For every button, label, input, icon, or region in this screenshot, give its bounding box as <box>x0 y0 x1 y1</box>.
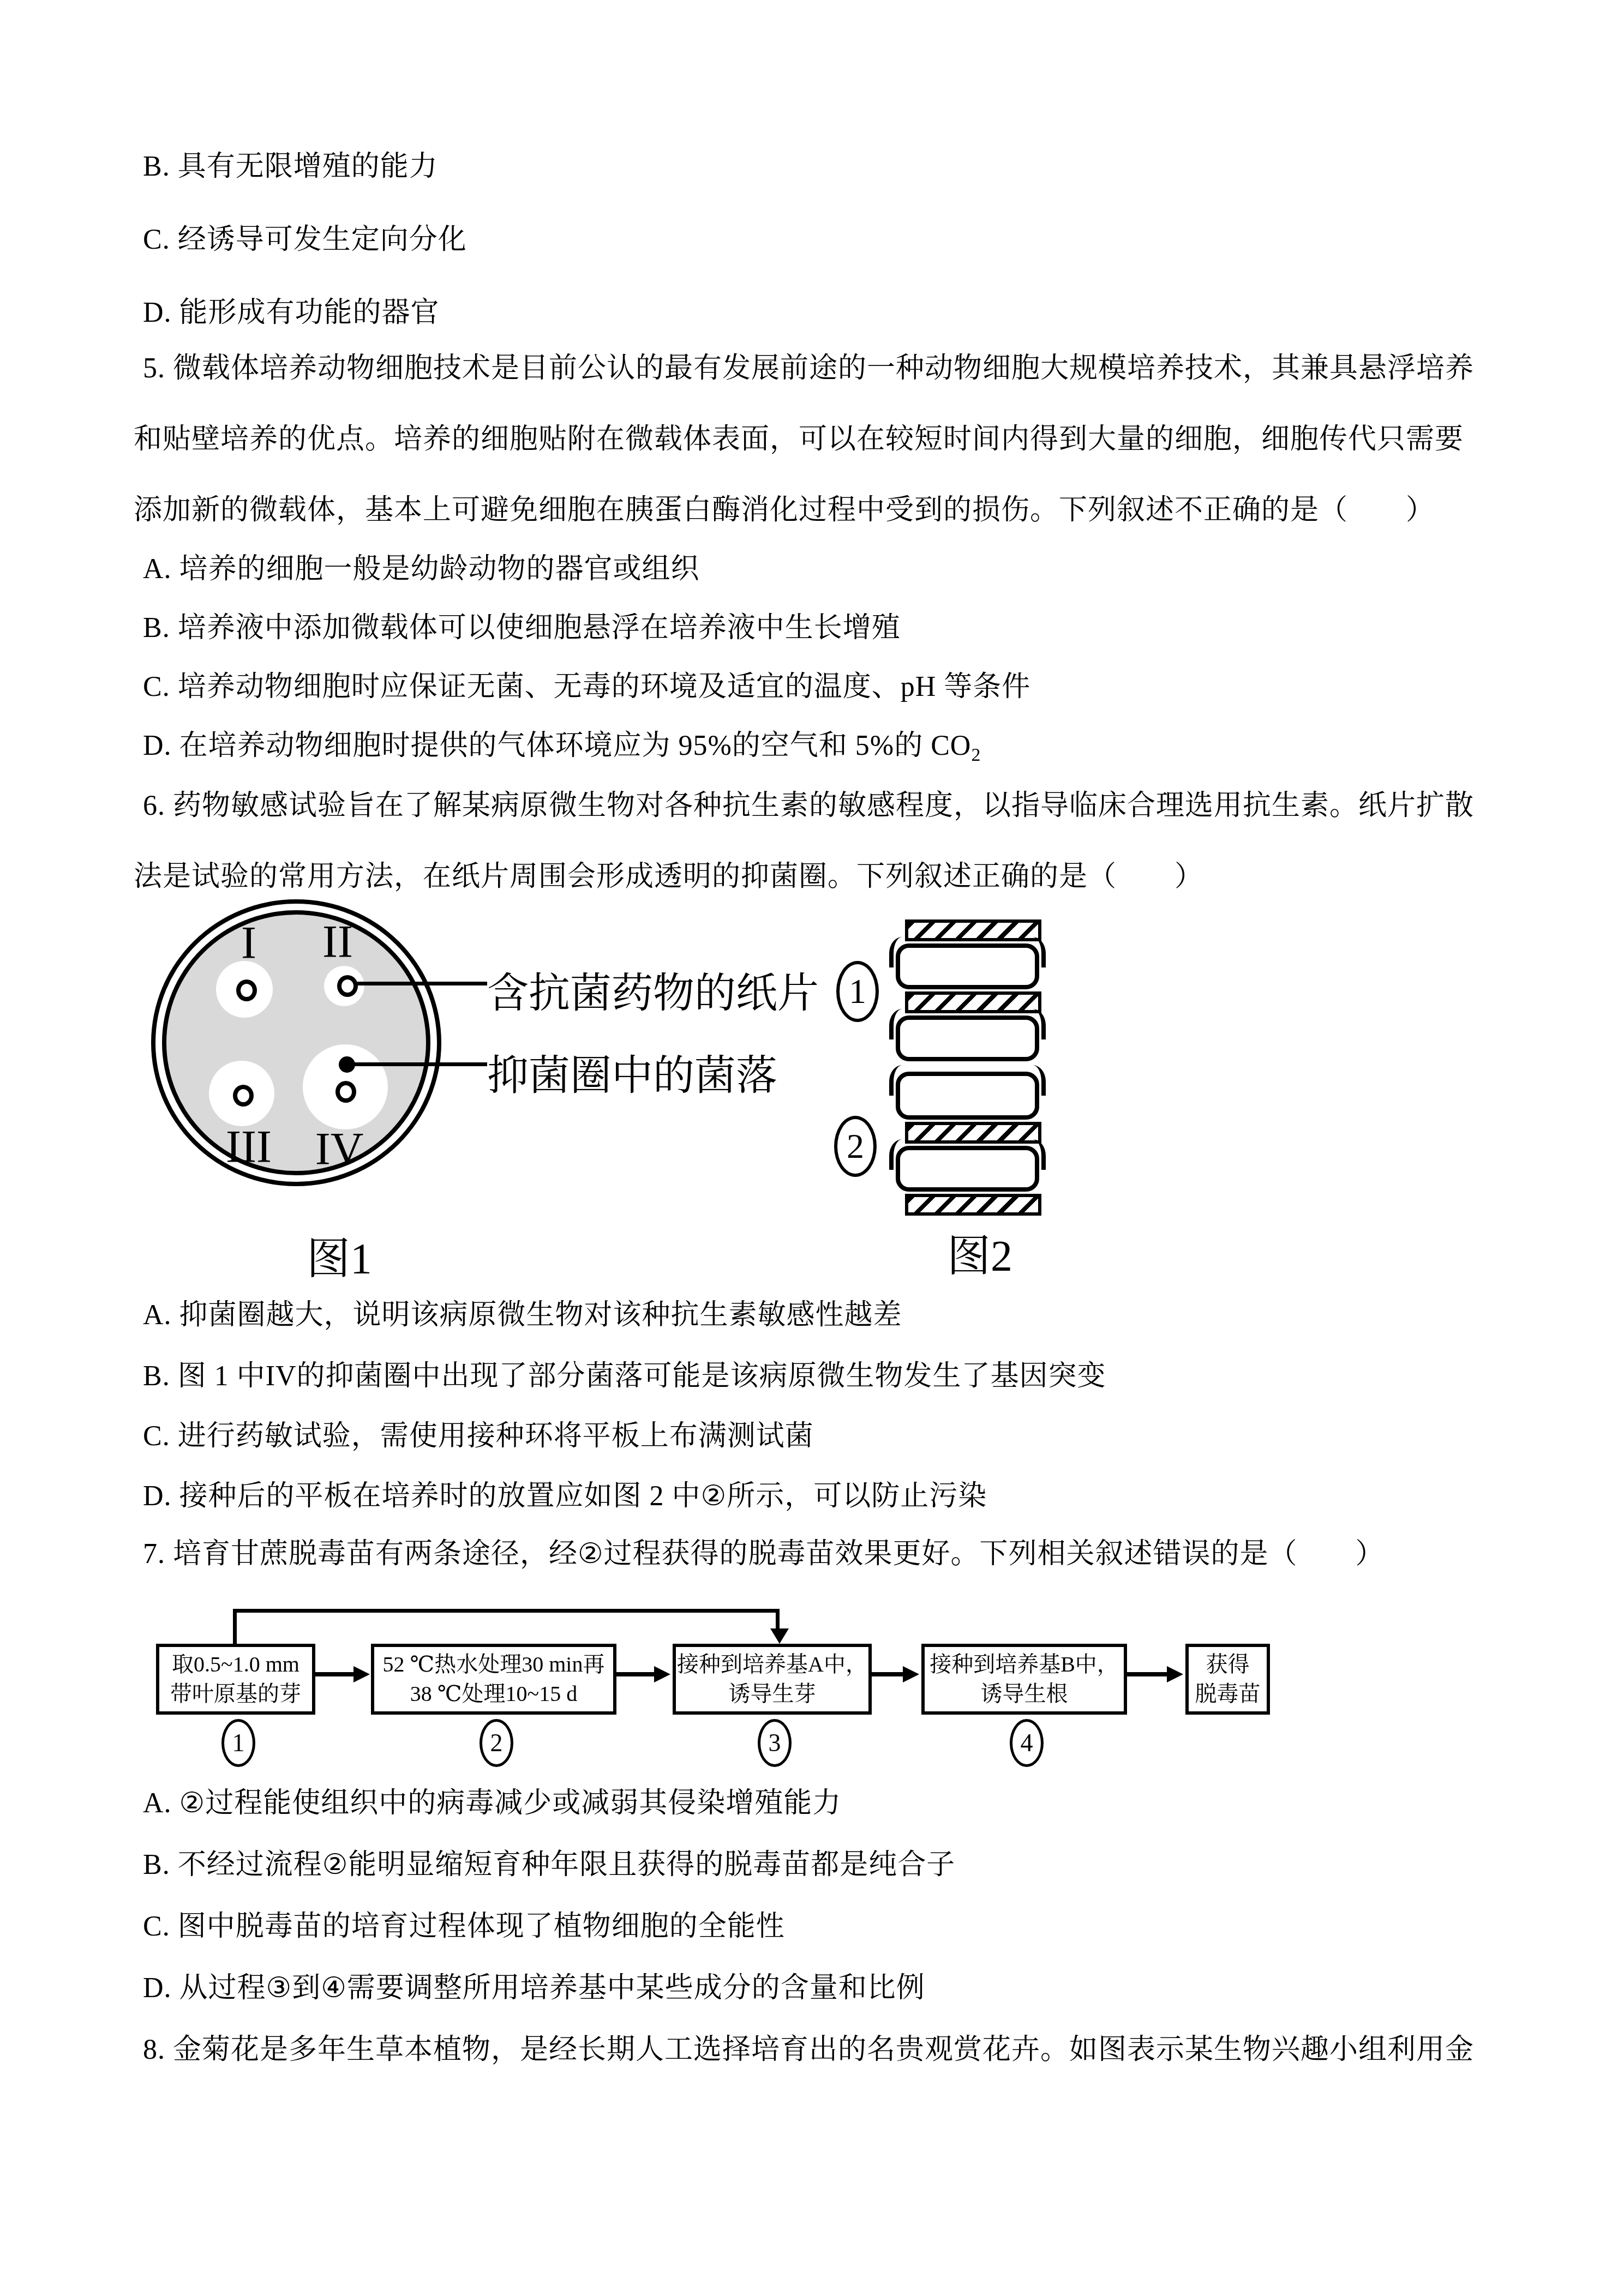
dish-rim-right <box>1027 937 1046 967</box>
exam-page: B. 具有无限增殖的能力 C. 经诱导可发生定向分化 D. 能形成有功能的器官 … <box>0 0 1624 2296</box>
q5-option-d: D. 在培养动物细胞时提供的气体环境应为 95%的空气和 5%的 CO2 <box>143 722 981 766</box>
flow-arrow-3 <box>872 1672 903 1676</box>
figure1-caption: 图1 <box>307 1223 372 1286</box>
flow-box-3: 接种到培养基A中， 诱导生芽 <box>673 1644 872 1715</box>
q6-stem-line-2: 法是试验的常用方法，在纸片周围会形成透明的抑菌圈。下列叙述正确的是（ ） <box>134 853 1203 894</box>
plate-lid-icon <box>905 1194 1041 1216</box>
step-circle-4: 4 <box>1010 1719 1044 1767</box>
q7-option-d: D. 从过程③到④需要调整所用培养基中某些成分的含量和比例 <box>143 1964 925 2005</box>
q6-stem-line-1: 6. 药物敏感试验旨在了解某病原微生物对各种抗生素的敏感程度，以指导临床合理选用… <box>143 782 1474 823</box>
q5-stem-line-1: 5. 微载体培养动物细胞技术是目前公认的最有发展前途的一种动物细胞大规模培养技术… <box>143 345 1474 386</box>
dish-rim-left <box>889 1139 908 1170</box>
bypass-arrowhead-icon <box>770 1628 789 1644</box>
flow-box-4-line-1: 接种到培养基B中， <box>930 1650 1119 1679</box>
paper-disc-icon-2 <box>337 975 358 997</box>
plate-lid-icon <box>905 1122 1041 1144</box>
q5-option-c: C. 培养动物细胞时应保证无菌、无毒的环境及适宜的温度、pH 等条件 <box>143 663 1030 704</box>
dish-rim-left <box>889 1065 908 1096</box>
circled-1-icon: 1 <box>836 961 879 1022</box>
q5-option-d-text: D. 在培养动物细胞时提供的气体环境应为 95%的空气和 5%的 CO <box>143 730 971 761</box>
flow-box-2: 52 ℃热水处理30 min再 38 ℃处理10~15 d <box>371 1644 616 1715</box>
flow-arrow-1 <box>315 1672 353 1676</box>
flow-box-5-line-2: 脱毒苗 <box>1195 1679 1261 1709</box>
zone-label-1: I <box>241 918 256 969</box>
flow-box-4: 接种到培养基B中， 诱导生根 <box>921 1644 1127 1715</box>
circled-2-icon: 2 <box>834 1116 877 1177</box>
flow-box-1-line-2: 带叶原基的芽 <box>170 1679 301 1709</box>
figure2-caption: 图2 <box>947 1221 1012 1283</box>
dish-rim-right <box>1027 1139 1046 1170</box>
q6-option-c: C. 进行药敏试验，需使用接种环将平板上布满测试菌 <box>143 1413 814 1453</box>
q5-option-a: A. 培养的细胞一般是幼龄动物的器官或组织 <box>143 545 700 586</box>
q6-option-a: A. 抑菌圈越大，说明该病原微生物对该种抗生素敏感性越差 <box>143 1291 902 1332</box>
plate-dish-icon <box>896 943 1039 989</box>
flow-box-2-line-2: 38 ℃处理10~15 d <box>410 1679 577 1709</box>
q6-option-b: B. 图 1 中IV的抑菌圈中出现了部分菌落可能是该病原微生物发生了基因突变 <box>143 1353 1106 1393</box>
flow-box-3-line-1: 接种到培养基A中， <box>677 1650 867 1679</box>
q4-option-d: D. 能形成有功能的器官 <box>143 289 440 330</box>
dish-rim-right <box>1027 1065 1046 1096</box>
leader-line-colony <box>355 1062 487 1066</box>
plate-lid-icon <box>905 991 1041 1013</box>
plate-dish-icon <box>896 1015 1039 1061</box>
co2-subscript: 2 <box>971 745 981 765</box>
paper-disc-icon-3 <box>233 1085 254 1107</box>
colony-label: 抑菌圈中的菌落 <box>487 1042 777 1102</box>
step-circle-3: 3 <box>758 1719 792 1767</box>
zone-label-3: III <box>226 1122 272 1173</box>
paper-disc-icon-4 <box>335 1081 356 1103</box>
petri-dish-agar-surface <box>162 910 430 1175</box>
q4-option-c: C. 经诱导可发生定向分化 <box>143 216 467 257</box>
flow-arrow-2 <box>616 1672 654 1676</box>
flow-box-3-line-2: 诱导生芽 <box>729 1679 816 1709</box>
colony-dot-icon <box>339 1056 355 1073</box>
zone-label-4: IV <box>315 1125 364 1175</box>
q5-stem-line-3: 添加新的微载体，基本上可避免细胞在胰蛋白酶消化过程中受到的损伤。下列叙述不正确的… <box>134 486 1435 527</box>
q7-option-a: A. ②过程能使组织中的病毒减少或减弱其侵染增殖能力 <box>143 1780 841 1820</box>
flow-box-1-line-1: 取0.5~1.0 mm <box>172 1650 299 1679</box>
flow-box-4-line-2: 诱导生根 <box>981 1679 1068 1709</box>
step-circle-1: 1 <box>221 1719 255 1767</box>
step-circle-2: 2 <box>480 1719 513 1767</box>
q4-option-b: B. 具有无限增殖的能力 <box>143 143 438 184</box>
dish-rim-left <box>889 937 908 967</box>
q8-stem-line-1: 8. 金菊花是多年生草本植物，是经长期人工选择培育出的名贵观赏花卉。如图表示某生… <box>143 2026 1474 2067</box>
flow-box-5-line-1: 获得 <box>1206 1650 1250 1679</box>
q6-option-d: D. 接种后的平板在培养时的放置应如图 2 中②所示，可以防止污染 <box>143 1472 987 1513</box>
paper-disc-icon-1 <box>236 979 257 1001</box>
bypass-line-horizontal <box>233 1609 780 1613</box>
flow-box-1: 取0.5~1.0 mm 带叶原基的芽 <box>156 1644 315 1715</box>
dish-rim-right <box>1027 1009 1046 1039</box>
q5-option-b: B. 培养液中添加微载体可以使细胞悬浮在培养液中生长增殖 <box>143 604 901 645</box>
plate-lid-icon <box>905 919 1041 941</box>
plate-dish-icon <box>896 1072 1039 1120</box>
flow-box-5: 获得 脱毒苗 <box>1185 1644 1270 1715</box>
bypass-line-vertical-left <box>233 1609 237 1645</box>
plate-dish-icon <box>896 1146 1039 1192</box>
q7-option-b: B. 不经过流程②能明显缩短育种年限且获得的脱毒苗都是纯合子 <box>143 1841 955 1882</box>
q7-option-c: C. 图中脱毒苗的培育过程体现了植物细胞的全能性 <box>143 1903 785 1944</box>
flow-box-2-line-1: 52 ℃热水处理30 min再 <box>383 1650 605 1679</box>
leader-line-disc <box>357 982 487 985</box>
q7-stem: 7. 培育甘蔗脱毒苗有两条途径，经②过程获得的脱毒苗效果更好。下列相关叙述错误的… <box>143 1530 1385 1571</box>
paper-disc-label: 含抗菌药物的纸片 <box>487 960 819 1019</box>
zone-label-2: II <box>322 917 353 967</box>
flow-arrow-4 <box>1127 1672 1167 1676</box>
q5-stem-line-2: 和贴壁培养的优点。培养的细胞贴附在微载体表面，可以在较短时间内得到大量的细胞，细… <box>134 416 1464 456</box>
dish-rim-left <box>889 1009 908 1039</box>
